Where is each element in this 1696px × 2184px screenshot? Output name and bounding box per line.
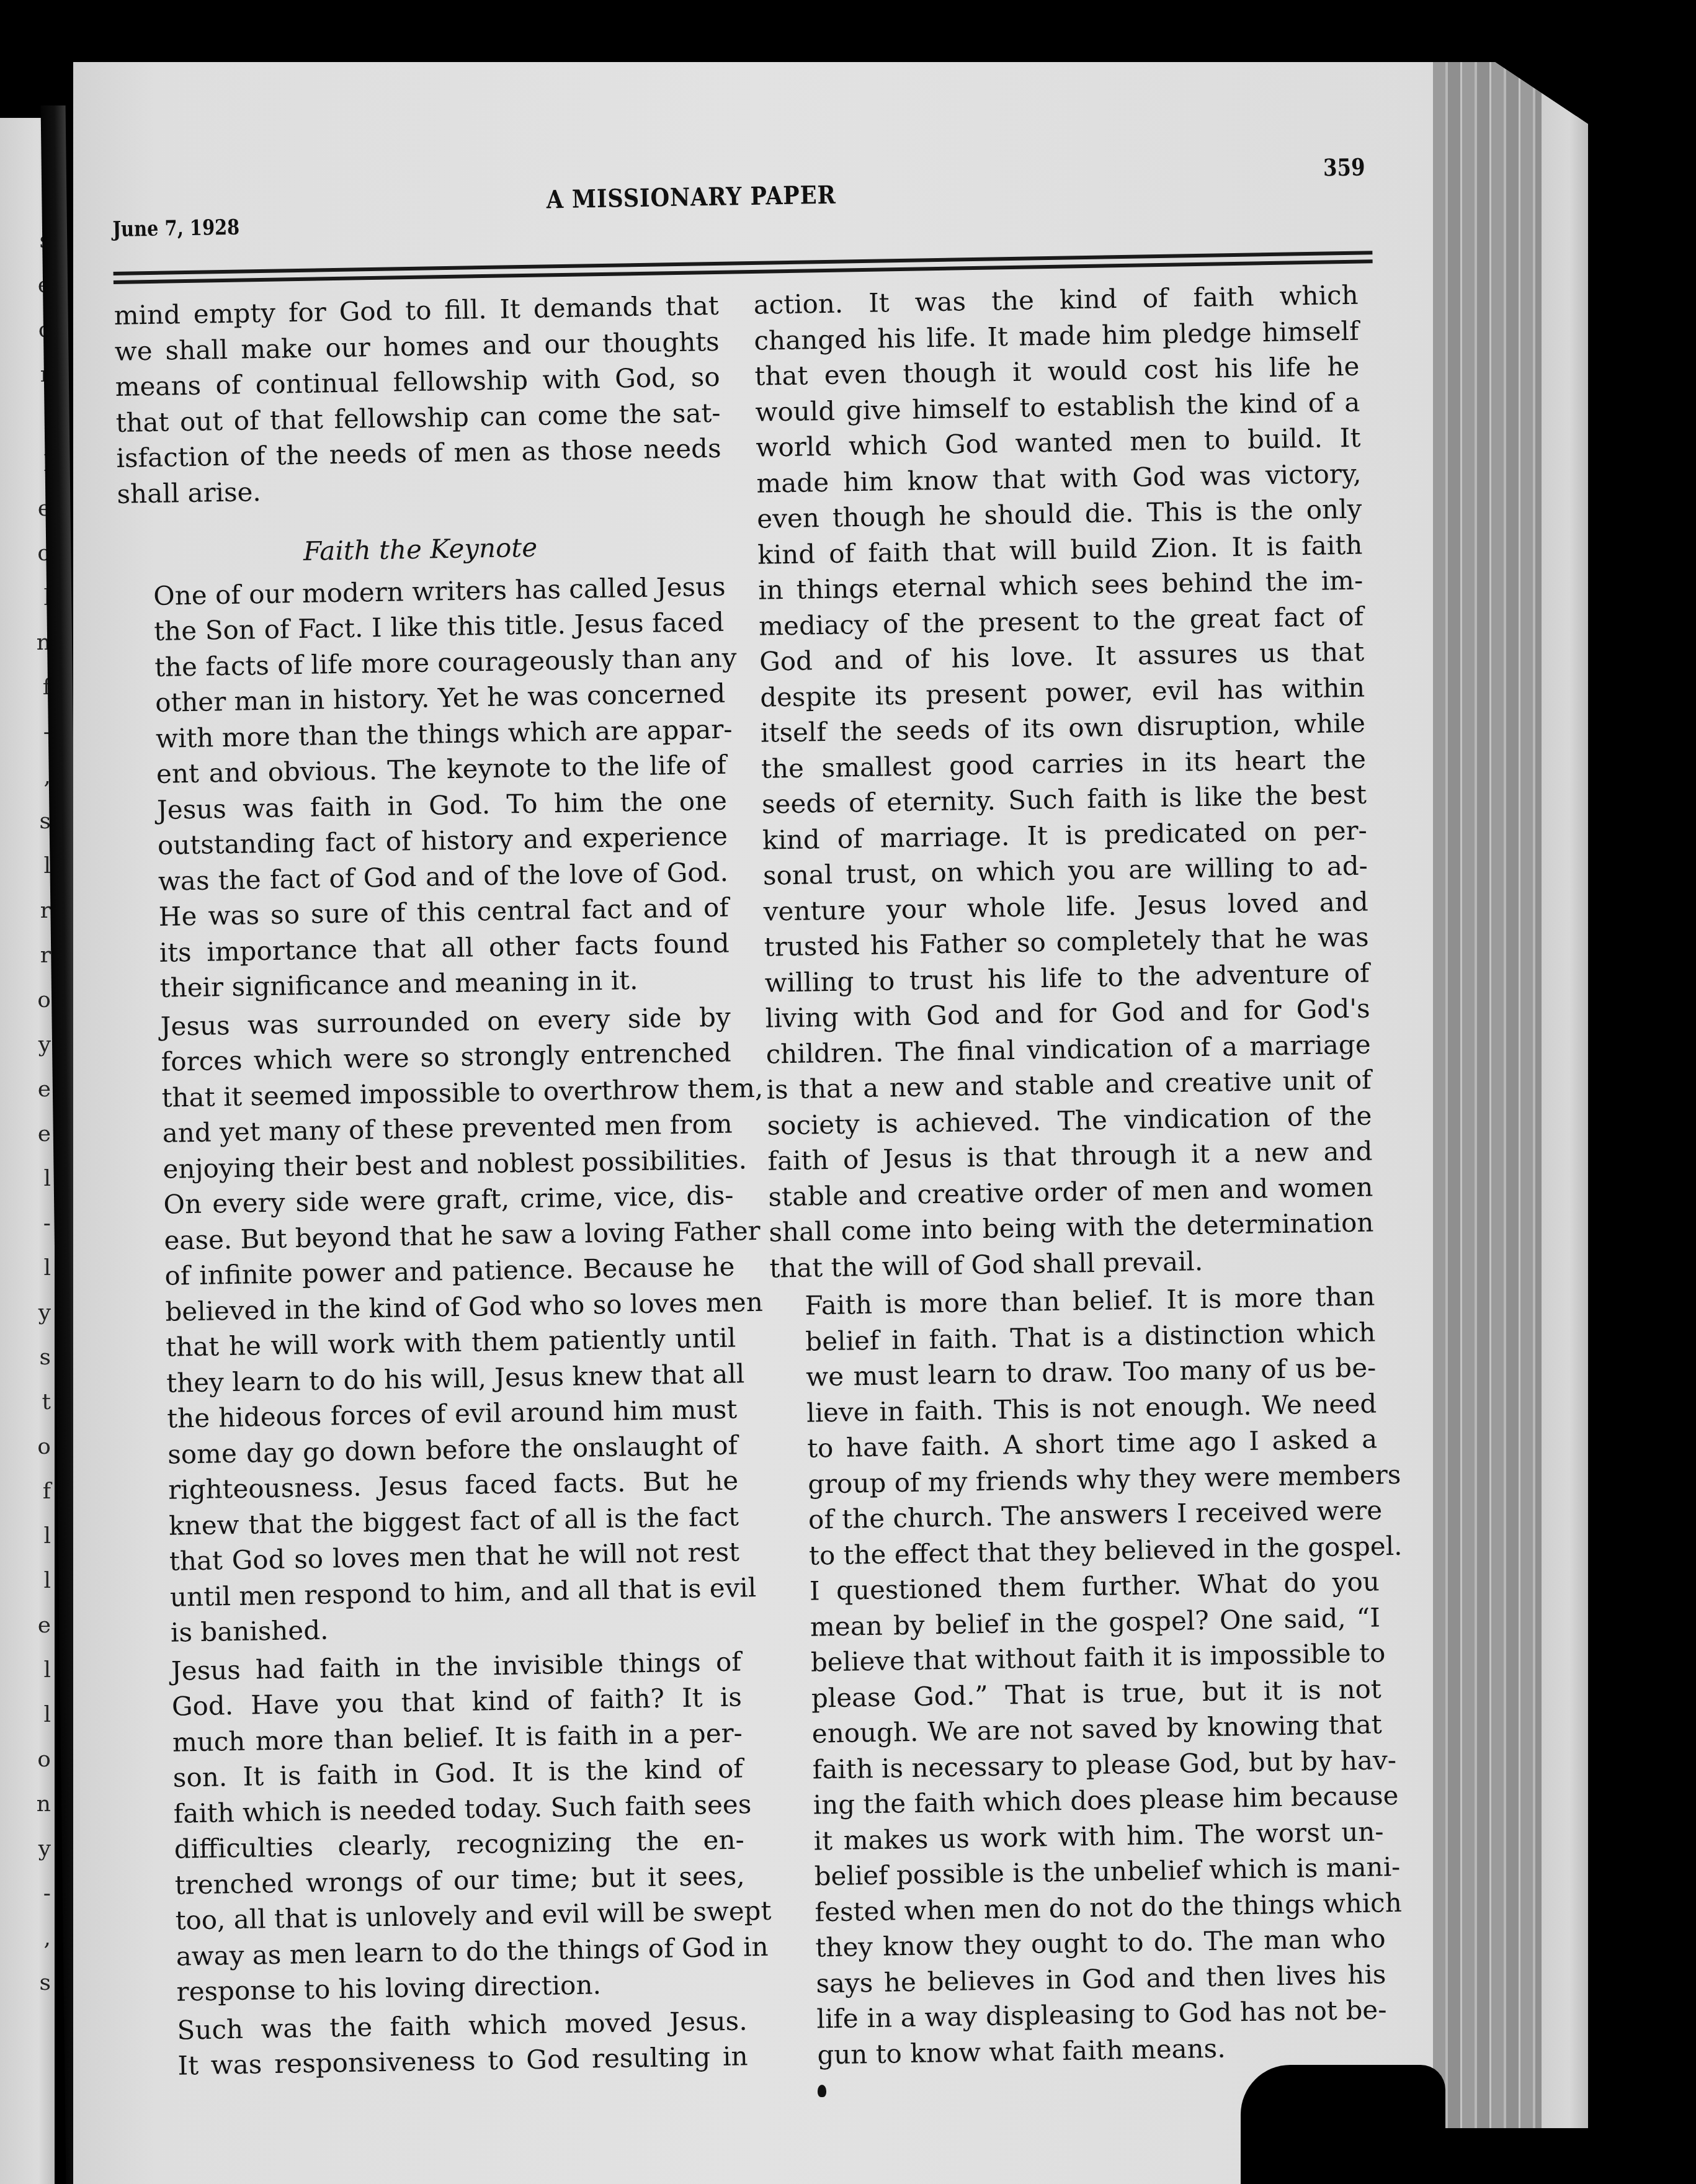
left-page-text-fragment: y	[38, 1034, 51, 1056]
running-header: June 7, 1928 A MISSIONARY PAPER 359	[112, 153, 1372, 267]
left-page-text-fragment: e	[38, 1614, 51, 1637]
left-page-text-fragment: l	[43, 1525, 51, 1547]
left-page-text-fragment: y	[38, 1302, 51, 1324]
scanned-book-spread: secr,leolnf-,slrroyeel-lystofllellony-,s…	[0, 0, 1696, 2184]
page-content: June 7, 1928 A MISSIONARY PAPER 359 mind…	[112, 153, 1403, 2087]
scanner-finger-shadow	[1241, 2065, 1445, 2184]
left-page-text-fragment: o	[37, 989, 51, 1011]
right-column: action. It was the kind of faith whichch…	[753, 277, 1388, 2076]
paragraph: action. It was the kind of faith whichch…	[753, 277, 1375, 1286]
paragraph: Faith is more than belief. It is more th…	[770, 1278, 1388, 2073]
left-page-text-fragment: l	[43, 1168, 51, 1190]
left-page-text-fragment: s	[40, 1972, 51, 1994]
left-column: mind empty for God to fill. It demands t…	[114, 288, 748, 2087]
page-359: June 7, 1928 A MISSIONARY PAPER 359 mind…	[73, 62, 1438, 2184]
left-page-text-fragment: -	[43, 1212, 51, 1235]
publication-section-title: A MISSIONARY PAPER	[546, 181, 836, 215]
left-page-text-fragment: o	[37, 1436, 51, 1458]
paragraph: One of our modern writers has called Jes…	[118, 568, 730, 1006]
left-page-text-fragment: ,	[44, 1927, 51, 1949]
left-page-text-fragment: l	[43, 1257, 51, 1279]
issue-date: June 7, 1928	[112, 215, 239, 242]
left-page-text-fragment: r	[40, 944, 51, 967]
left-page-text-fragment: n	[37, 1793, 51, 1815]
paragraph: Jesus was surrounded on every side byfor…	[125, 999, 741, 1651]
left-page-text-fragment: l	[43, 1570, 51, 1592]
page-number: 359	[1323, 153, 1365, 182]
left-page-text-fragment: l	[43, 1659, 51, 1681]
section-subheading: Faith the Keynote	[118, 527, 723, 573]
paragraph: Jesus had faith in the invisible things …	[136, 1644, 747, 2010]
page-edge-stack	[1433, 62, 1588, 2128]
left-page-text-fragment: e	[38, 1078, 51, 1101]
ink-speck	[818, 2085, 826, 2097]
left-page-text-fragment: l	[43, 1704, 51, 1726]
two-column-body: mind empty for God to fill. It demands t…	[114, 277, 1403, 2087]
left-page-text-fragment: -	[43, 1882, 51, 1905]
left-page-text-fragment: y	[38, 1838, 51, 1860]
paragraph: mind empty for God to fill. It demands t…	[114, 288, 722, 512]
left-page-text-fragment: t	[42, 1391, 51, 1413]
left-page-text-fragment: s	[40, 1346, 51, 1369]
left-page-text-fragment: r	[40, 900, 51, 922]
paragraph: Such was the faith which moved Jesus.It …	[142, 2003, 748, 2084]
left-page-text-fragment: o	[37, 1748, 51, 1771]
left-page-text-fragment: f	[43, 1480, 51, 1503]
left-page-text-fragment: e	[38, 1123, 51, 1145]
